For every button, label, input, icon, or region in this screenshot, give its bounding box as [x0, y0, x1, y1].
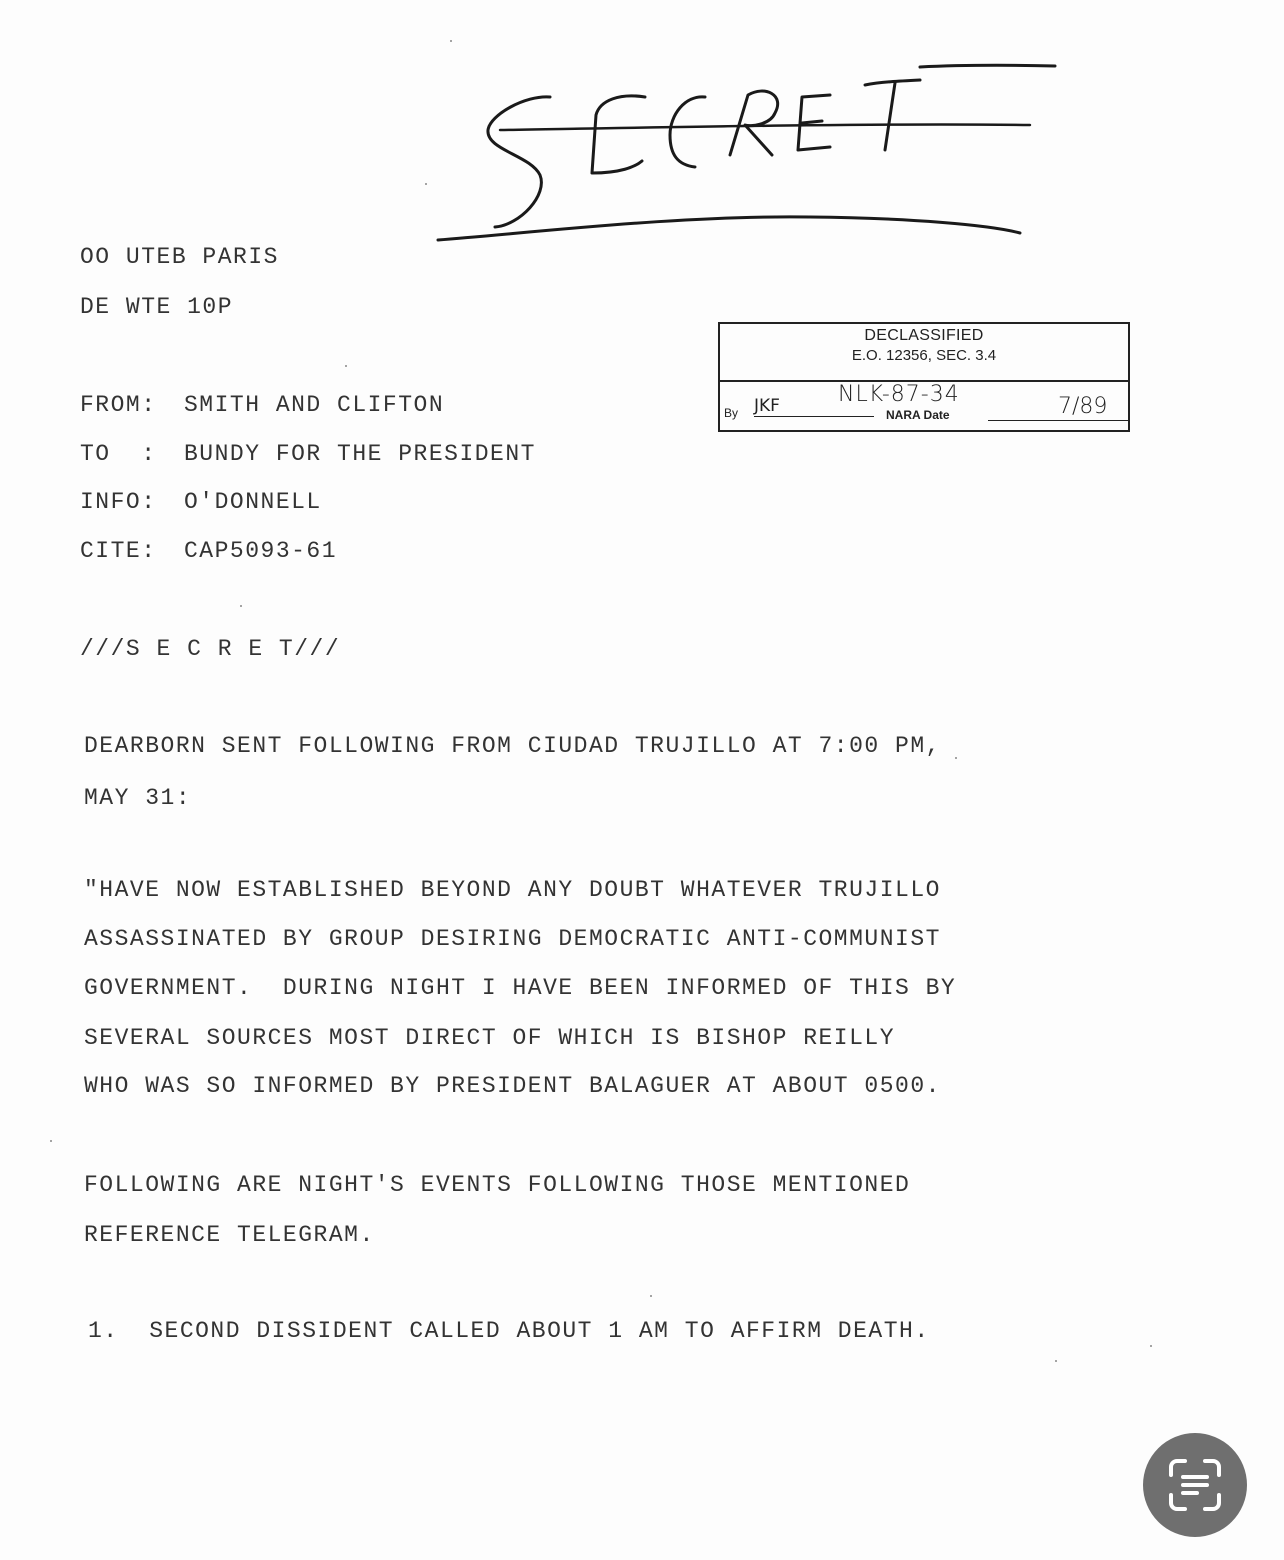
- routing-line-2: DE WTE 10P: [80, 294, 233, 320]
- stamp-title: DECLASSIFIED: [720, 324, 1128, 345]
- stamp-authority: E.O. 12356, SEC. 3.4: [720, 345, 1128, 364]
- stamp-by-label: By: [724, 406, 738, 420]
- body-line: DEARBORN SENT FOLLOWING FROM CIUDAD TRUJ…: [84, 733, 941, 759]
- body-line: ASSASSINATED BY GROUP DESIRING DEMOCRATI…: [84, 926, 941, 952]
- body-line: SEVERAL SOURCES MOST DIRECT OF WHICH IS …: [84, 1025, 895, 1051]
- stamp-nara-label: NARA Date: [886, 408, 950, 422]
- scan-speck: [955, 757, 957, 759]
- scan-speck: [50, 1140, 52, 1142]
- scan-speck: [1150, 1345, 1152, 1347]
- stamp-by-value: JKF: [754, 396, 874, 417]
- header-label: FROM:: [80, 392, 184, 418]
- body-line: MAY 31:: [84, 785, 191, 811]
- header-label: TO :: [80, 441, 184, 467]
- body-line: FOLLOWING ARE NIGHT'S EVENTS FOLLOWING T…: [84, 1172, 910, 1198]
- scanned-document-page: OO UTEB PARIS DE WTE 10P DECLASSIFIED E.…: [0, 0, 1284, 1560]
- scan-speck: [345, 365, 347, 367]
- header-value: SMITH AND CLIFTON: [184, 392, 444, 418]
- declassified-stamp: DECLASSIFIED E.O. 12356, SEC. 3.4 NLK-87…: [718, 322, 1130, 432]
- body-line: "HAVE NOW ESTABLISHED BEYOND ANY DOUBT W…: [84, 877, 941, 903]
- scan-speck: [1055, 1360, 1057, 1362]
- scan-speck: [240, 605, 242, 607]
- scan-speck: [650, 1295, 652, 1297]
- header-label: INFO:: [80, 489, 184, 515]
- scan-speck: [450, 40, 452, 42]
- live-text-scan-icon: [1165, 1455, 1225, 1515]
- routing-line-1: OO UTEB PARIS: [80, 244, 279, 270]
- handwritten-secret-mark: [430, 55, 1070, 255]
- body-line: 1. SECOND DISSIDENT CALLED ABOUT 1 AM TO…: [88, 1318, 930, 1344]
- header-label: CITE:: [80, 538, 184, 564]
- header-value: O'DONNELL: [184, 489, 322, 515]
- header-value: CAP5093-61: [184, 538, 337, 564]
- stamp-date-value: 7/89: [1058, 394, 1107, 419]
- live-text-button[interactable]: [1143, 1433, 1247, 1537]
- header-to: TO :BUNDY FOR THE PRESIDENT: [80, 441, 536, 467]
- body-line: GOVERNMENT. DURING NIGHT I HAVE BEEN INF…: [84, 975, 956, 1001]
- body-line: WHO WAS SO INFORMED BY PRESIDENT BALAGUE…: [84, 1073, 941, 1099]
- header-cite: CITE:CAP5093-61: [80, 538, 337, 564]
- header-value: BUNDY FOR THE PRESIDENT: [184, 441, 536, 467]
- header-from: FROM:SMITH AND CLIFTON: [80, 392, 444, 418]
- stamp-date-line: [988, 420, 1128, 421]
- scan-speck: [425, 183, 427, 185]
- header-info: INFO:O'DONNELL: [80, 489, 322, 515]
- classification-line: ///S E C R E T///: [80, 636, 340, 662]
- body-line: REFERENCE TELEGRAM.: [84, 1222, 375, 1248]
